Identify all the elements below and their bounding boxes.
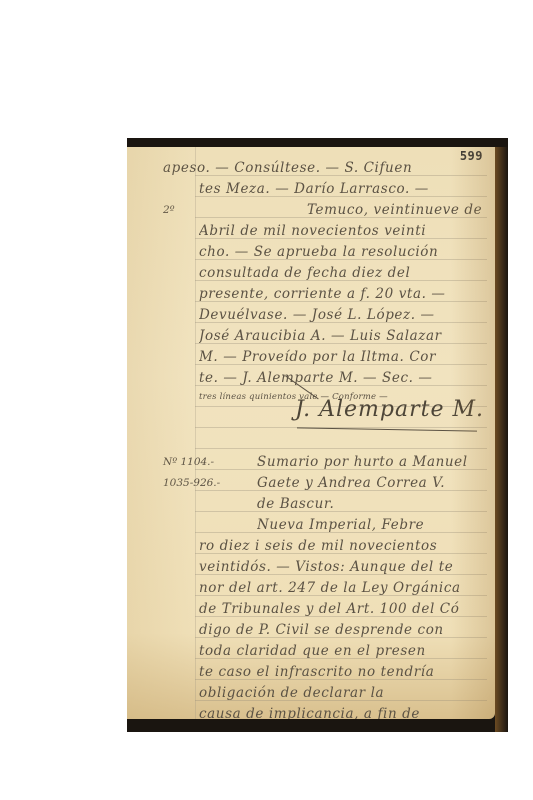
entry2-body-5: de Tribunales y del Art. 100 del Có (199, 599, 489, 620)
entry2-heading-3: de Bascur. (257, 494, 489, 515)
entry1-line-10: M. — Proveído por la Iltma. Cor (199, 347, 489, 368)
section-marker: 2º (163, 200, 175, 221)
entry2-body-7: toda claridad que en el presen (199, 641, 489, 662)
entry2-body-9: obligación de declarar la (199, 683, 489, 704)
entry2-body-6: digo de P. Civil se desprende con (199, 620, 489, 641)
entry1-line-4: Abril de mil novecientos veinti (199, 221, 489, 242)
entry1-line-9: José Araucibia A. — Luis Salazar (199, 326, 489, 347)
entry1-line-7: presente, corriente a f. 20 vta. — (199, 284, 489, 305)
entry2-body-2: ro diez i seis de mil novecientos (199, 536, 489, 557)
entry2-heading-1: Sumario por hurto a Manuel (257, 452, 489, 473)
entry2-heading-2: Gaete y Andrea Correa V. (257, 473, 489, 494)
entry1-line-1: apeso. — Consúltese. — S. Cifuen (163, 158, 489, 179)
ledger-spine (495, 147, 508, 732)
entry2-body-4: nor del art. 247 de la Ley Orgánica (199, 578, 489, 599)
margin-line (195, 147, 196, 719)
entry1-line-3: Temuco, veintinueve de (307, 200, 489, 221)
entry2-body-1: Nueva Imperial, Febre (257, 515, 489, 536)
entry2-body-8: te caso el infrascrito no tendría (199, 662, 489, 683)
entry1-line-6: consultada de fecha diez del (199, 263, 489, 284)
signature: J. Alemparte M. (295, 397, 484, 422)
entry1-line-2: tes Meza. — Darío Larrasco. — (199, 179, 489, 200)
entry1-line-11: te. — J. Alemparte M. — Sec. — (199, 368, 489, 389)
entry2-body-3: veintidós. — Vistos: Aunque del te (199, 557, 489, 578)
ledger-page: 599 apeso. — Consúltese. — S. Cifuen tes… (127, 147, 495, 719)
entry1-line-8: Devuélvase. — José L. López. — (199, 305, 489, 326)
record-number: Nº 1104.- (163, 452, 214, 473)
entry2-body-10: causa de implicancia, a fin de (199, 704, 489, 719)
reference-number: 1035-926.- (163, 473, 220, 494)
entry1-line-5: cho. — Se aprueba la resolución (199, 242, 489, 263)
